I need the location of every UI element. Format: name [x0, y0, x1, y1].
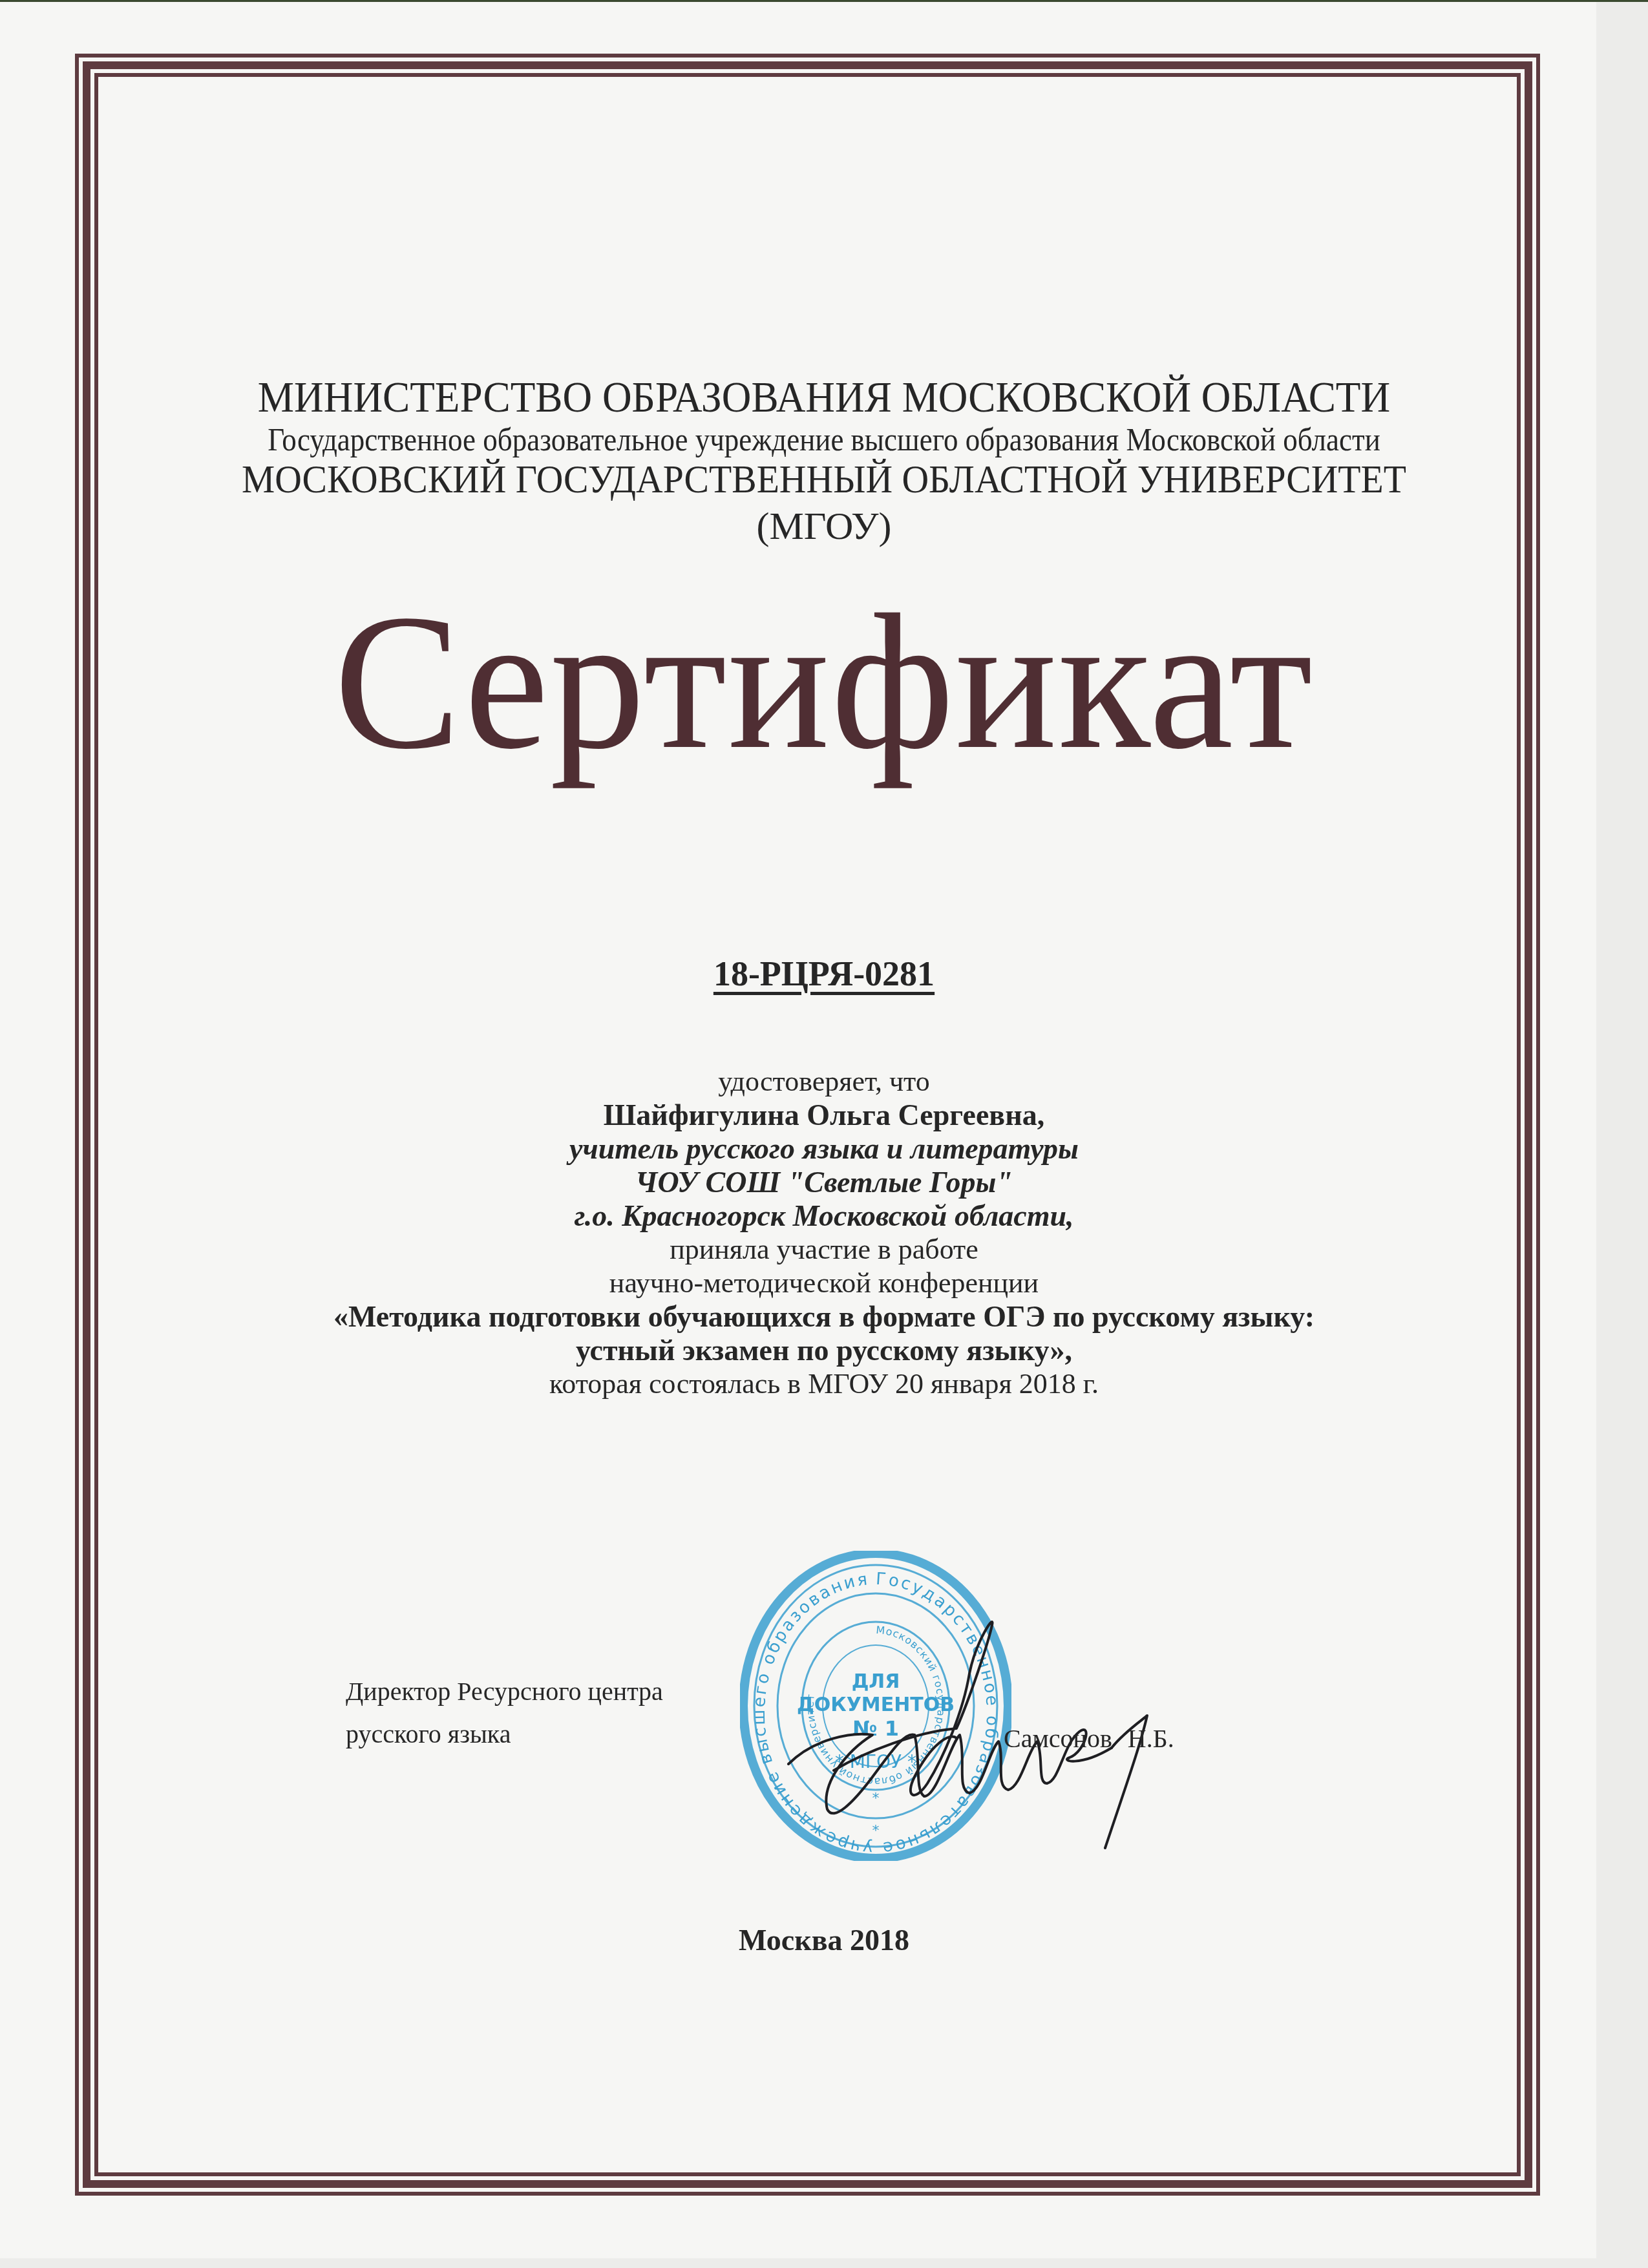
ministry-heading: МИНИСТЕРСТВО ОБРАЗОВАНИЯ МОСКОВСКОЙ ОБЛА…: [58, 371, 1590, 423]
event-title-line1: «Методика подготовки обучающихся в форма…: [0, 1300, 1648, 1334]
footer-city-year: Москва 2018: [0, 1922, 1648, 1958]
certificate-title: Сертификат: [17, 575, 1632, 788]
institution-type: Государственное образовательное учрежден…: [83, 420, 1566, 459]
event-details: которая состоялась в МГОУ 20 января 2018…: [0, 1367, 1648, 1401]
event-type: научно-методической конференции: [0, 1266, 1648, 1300]
recipient-school: ЧОУ СОШ "Светлые Горы": [0, 1166, 1648, 1199]
university-name: МОСКОВСКИЙ ГОСУДАРСТВЕННЫЙ ОБЛАСТНОЙ УНИ…: [58, 456, 1590, 503]
participation-text: приняла участие в работе: [0, 1233, 1648, 1266]
certificate-number: 18-РЦРЯ-0281: [0, 951, 1648, 996]
signer-title-line2: русского языка: [346, 1713, 663, 1756]
signer-title-line1: Директор Ресурсного центра: [346, 1670, 663, 1713]
recipient-name: Шайфигулина Ольга Сергеевна,: [0, 1098, 1648, 1132]
certifies-text: удостоверяет, что: [0, 1065, 1648, 1098]
recipient-position: учитель русского языка и литературы: [0, 1132, 1648, 1166]
signer-title: Директор Ресурсного центра русского язык…: [346, 1670, 663, 1756]
scan-margin-bottom: [0, 2258, 1648, 2268]
event-title-line2: устный экзамен по русскому языку»,: [0, 1334, 1648, 1367]
scan-edge-line: [0, 0, 1648, 2]
signer-name: Самсонов Н.Б.: [1004, 1723, 1174, 1754]
recipient-location: г.о. Красногорск Московской области,: [0, 1199, 1648, 1233]
university-abbreviation: (МГОУ): [0, 503, 1648, 549]
